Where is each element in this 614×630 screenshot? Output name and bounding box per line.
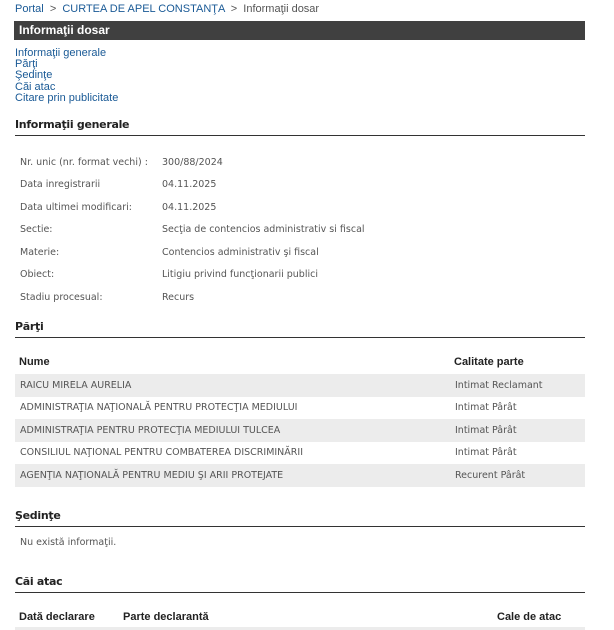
info-value: Secţia de contencios administrativ si fi… — [162, 219, 365, 242]
column-header-cale-de-atac: Cale de atac — [493, 604, 585, 629]
info-label: Obiect: — [20, 264, 162, 287]
info-value: Recurs — [162, 286, 365, 309]
sedinte-empty-message: Nu există informaţii. — [20, 537, 116, 548]
table-row: AGENŢIA NAŢIONALĂ PENTRU MEDIU ŞI ARII P… — [15, 464, 585, 487]
info-label: Nr. unic (nr. format vechi) : — [20, 151, 162, 174]
section-title-parti: Părţi — [15, 320, 585, 338]
info-value: Litigiu privind funcţionarii publici — [162, 264, 365, 287]
info-row: Obiect: Litigiu privind funcţionarii pub… — [20, 264, 365, 287]
info-row: Data ultimei modificari: 04.11.2025 — [20, 196, 365, 219]
breadcrumb: Portal > CURTEA DE APEL CONSTANŢA > Info… — [15, 3, 319, 15]
party-name: CONSILIUL NAŢIONAL PENTRU COMBATEREA DIS… — [15, 442, 450, 465]
party-role: Recurent Pârât — [450, 464, 585, 487]
info-label: Data inregistrarii — [20, 174, 162, 197]
info-label: Data ultimei modificari: — [20, 196, 162, 219]
nav-link-sedinte[interactable]: Şedinţe — [15, 70, 118, 81]
party-name: ADMINISTRAŢIA PENTRU PROTECŢIA MEDIULUI … — [15, 419, 450, 442]
section-nav: Informaţii generale Părţi Şedinţe Căi at… — [15, 48, 118, 104]
section-title-cai-atac: Căi atac — [15, 575, 585, 593]
column-header-parte-declaranta: Parte declarantă — [119, 604, 493, 629]
section-title-general: Informaţii generale — [15, 118, 585, 136]
column-header-data-declarare: Dată declarare — [15, 604, 119, 629]
info-value: 04.11.2025 — [162, 174, 365, 197]
table-row: CONSILIUL NAŢIONAL PENTRU COMBATEREA DIS… — [15, 442, 585, 465]
party-name: ADMINISTRAŢIA NAŢIONALĂ PENTRU PROTECŢIA… — [15, 397, 450, 420]
nav-link-citare[interactable]: Citare prin publicitate — [15, 93, 118, 104]
info-row: Stadiu procesual: Recurs — [20, 286, 365, 309]
table-row: ADMINISTRAŢIA PENTRU PROTECŢIA MEDIULUI … — [15, 419, 585, 442]
party-role: Intimat Pârât — [450, 442, 585, 465]
party-name: AGENŢIA NAŢIONALĂ PENTRU MEDIU ŞI ARII P… — [15, 464, 450, 487]
info-label: Materie: — [20, 241, 162, 264]
info-row: Nr. unic (nr. format vechi) : 300/88/202… — [20, 151, 365, 174]
breadcrumb-current: Informaţii dosar — [243, 3, 319, 15]
section-title-sedinte: Şedinţe — [15, 509, 585, 527]
general-info-table: Nr. unic (nr. format vechi) : 300/88/202… — [20, 151, 365, 309]
table-row: ADMINISTRAŢIA NAŢIONALĂ PENTRU PROTECŢIA… — [15, 397, 585, 420]
table-header-row: Dată declarare Parte declarantă Cale de … — [15, 604, 585, 629]
info-row: Sectie: Secţia de contencios administrat… — [20, 219, 365, 242]
info-row: Materie: Contencios administrativ şi fis… — [20, 241, 365, 264]
table-row: RAICU MIRELA AURELIA Intimat Reclamant — [15, 374, 585, 397]
party-role: Intimat Pârât — [450, 419, 585, 442]
info-row: Data inregistrarii 04.11.2025 — [20, 174, 365, 197]
info-value: 04.11.2025 — [162, 196, 365, 219]
party-role: Intimat Reclamant — [450, 374, 585, 397]
info-value: Contencios administrativ şi fiscal — [162, 241, 365, 264]
page-title: Informaţii dosar — [14, 21, 585, 40]
breadcrumb-separator: > — [231, 3, 237, 15]
party-role: Intimat Pârât — [450, 397, 585, 420]
table-header-row: Nume Calitate parte — [15, 349, 585, 374]
cai-atac-table: Dată declarare Parte declarantă Cale de … — [15, 604, 585, 629]
info-label: Stadiu procesual: — [20, 286, 162, 309]
breadcrumb-court[interactable]: CURTEA DE APEL CONSTANŢA — [62, 3, 224, 15]
info-label: Sectie: — [20, 219, 162, 242]
breadcrumb-portal[interactable]: Portal — [15, 3, 44, 15]
column-header-nume: Nume — [15, 349, 450, 374]
column-header-calitate: Calitate parte — [450, 349, 585, 374]
party-name: RAICU MIRELA AURELIA — [15, 374, 450, 397]
info-value: 300/88/2024 — [162, 151, 365, 174]
parti-table: Nume Calitate parte RAICU MIRELA AURELIA… — [15, 349, 585, 487]
breadcrumb-separator: > — [50, 3, 56, 15]
